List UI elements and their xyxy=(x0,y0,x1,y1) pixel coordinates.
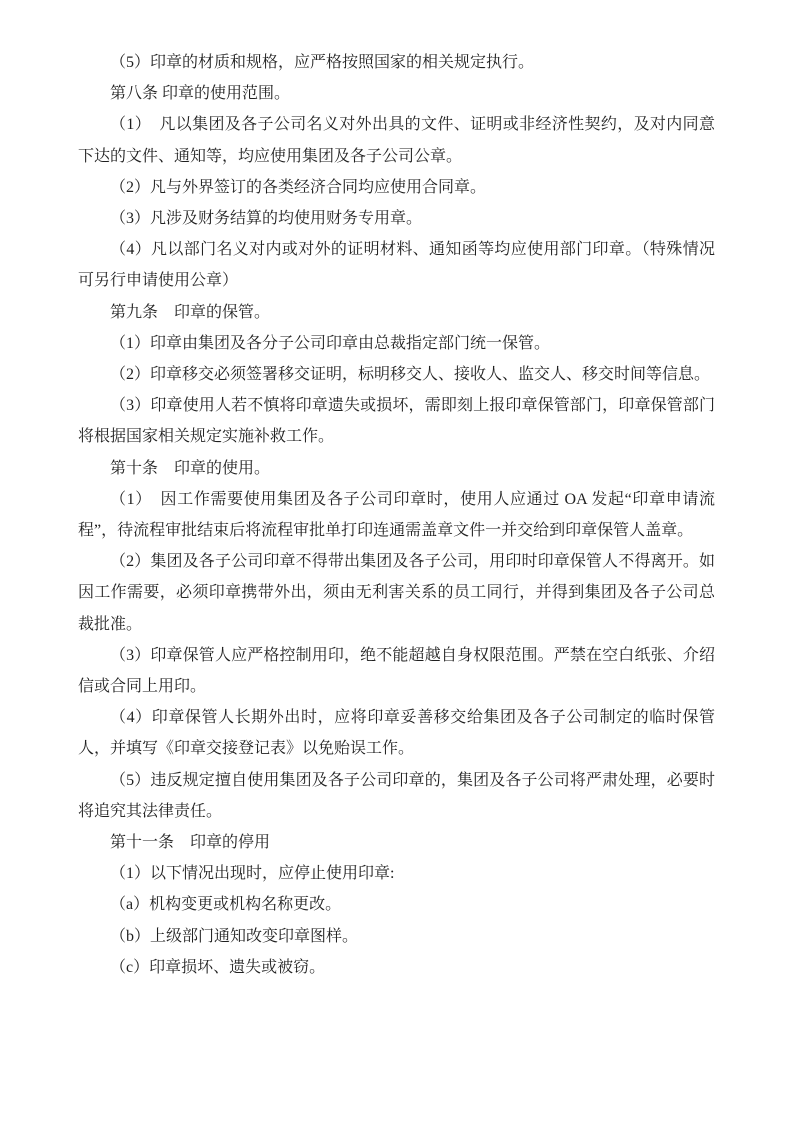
paragraph: （1） 因工作需要使用集团及各子公司印章时，使用人应通过 OA 发起“印章申请流… xyxy=(78,484,715,546)
paragraph: （2）凡与外界签订的各类经济合同均应使用合同章。 xyxy=(78,172,715,203)
paragraph: （3）印章使用人若不慎将印章遗失或损坏，需即刻上报印章保管部门，印章保管部门将根… xyxy=(78,390,715,452)
paragraph: （1） 凡以集团及各子公司名义对外出具的文件、证明或非经济性契约，及对内同意下达… xyxy=(78,109,715,171)
paragraph: （4）凡以部门名义对内或对外的证明材料、通知函等均应使用部门印章。（特殊情况可另… xyxy=(78,234,715,296)
paragraph: （5）印章的材质和规格，应严格按照国家的相关规定执行。 xyxy=(78,47,715,78)
paragraph: （2）集团及各子公司印章不得带出集团及各子公司，用印时印章保管人不得离开。如因工… xyxy=(78,546,715,640)
paragraph: （2）印章移交必须签署移交证明，标明移交人、接收人、监交人、移交时间等信息。 xyxy=(78,359,715,390)
paragraph: （1）以下情况出现时，应停止使用印章: xyxy=(78,858,715,889)
paragraph: 第九条 印章的保管。 xyxy=(78,297,715,328)
paragraph: （5）违反规定擅自使用集团及各子公司印章的，集团及各子公司将严肃处理，必要时将追… xyxy=(78,765,715,827)
paragraph: （c）印章损坏、遗失或被窃。 xyxy=(78,952,715,983)
paragraph: （3）印章保管人应严格控制用印，绝不能超越自身权限范围。严禁在空白纸张、介绍信或… xyxy=(78,640,715,702)
paragraph: （4）印章保管人长期外出时，应将印章妥善移交给集团及各子公司制定的临时保管人，并… xyxy=(78,702,715,764)
paragraph: （3）凡涉及财务结算的均使用财务专用章。 xyxy=(78,203,715,234)
document-page: （5）印章的材质和规格，应严格按照国家的相关规定执行。第八条 印章的使用范围。（… xyxy=(0,0,793,1122)
paragraph: 第十一条 印章的停用 xyxy=(78,827,715,858)
paragraph: 第八条 印章的使用范围。 xyxy=(78,78,715,109)
paragraph: （b）上级部门通知改变印章图样。 xyxy=(78,921,715,952)
paragraph: （1）印章由集团及各分子公司印章由总裁指定部门统一保管。 xyxy=(78,328,715,359)
paragraph: （a）机构变更或机构名称更改。 xyxy=(78,889,715,920)
document-body: （5）印章的材质和规格，应严格按照国家的相关规定执行。第八条 印章的使用范围。（… xyxy=(78,47,715,983)
paragraph: 第十条 印章的使用。 xyxy=(78,453,715,484)
